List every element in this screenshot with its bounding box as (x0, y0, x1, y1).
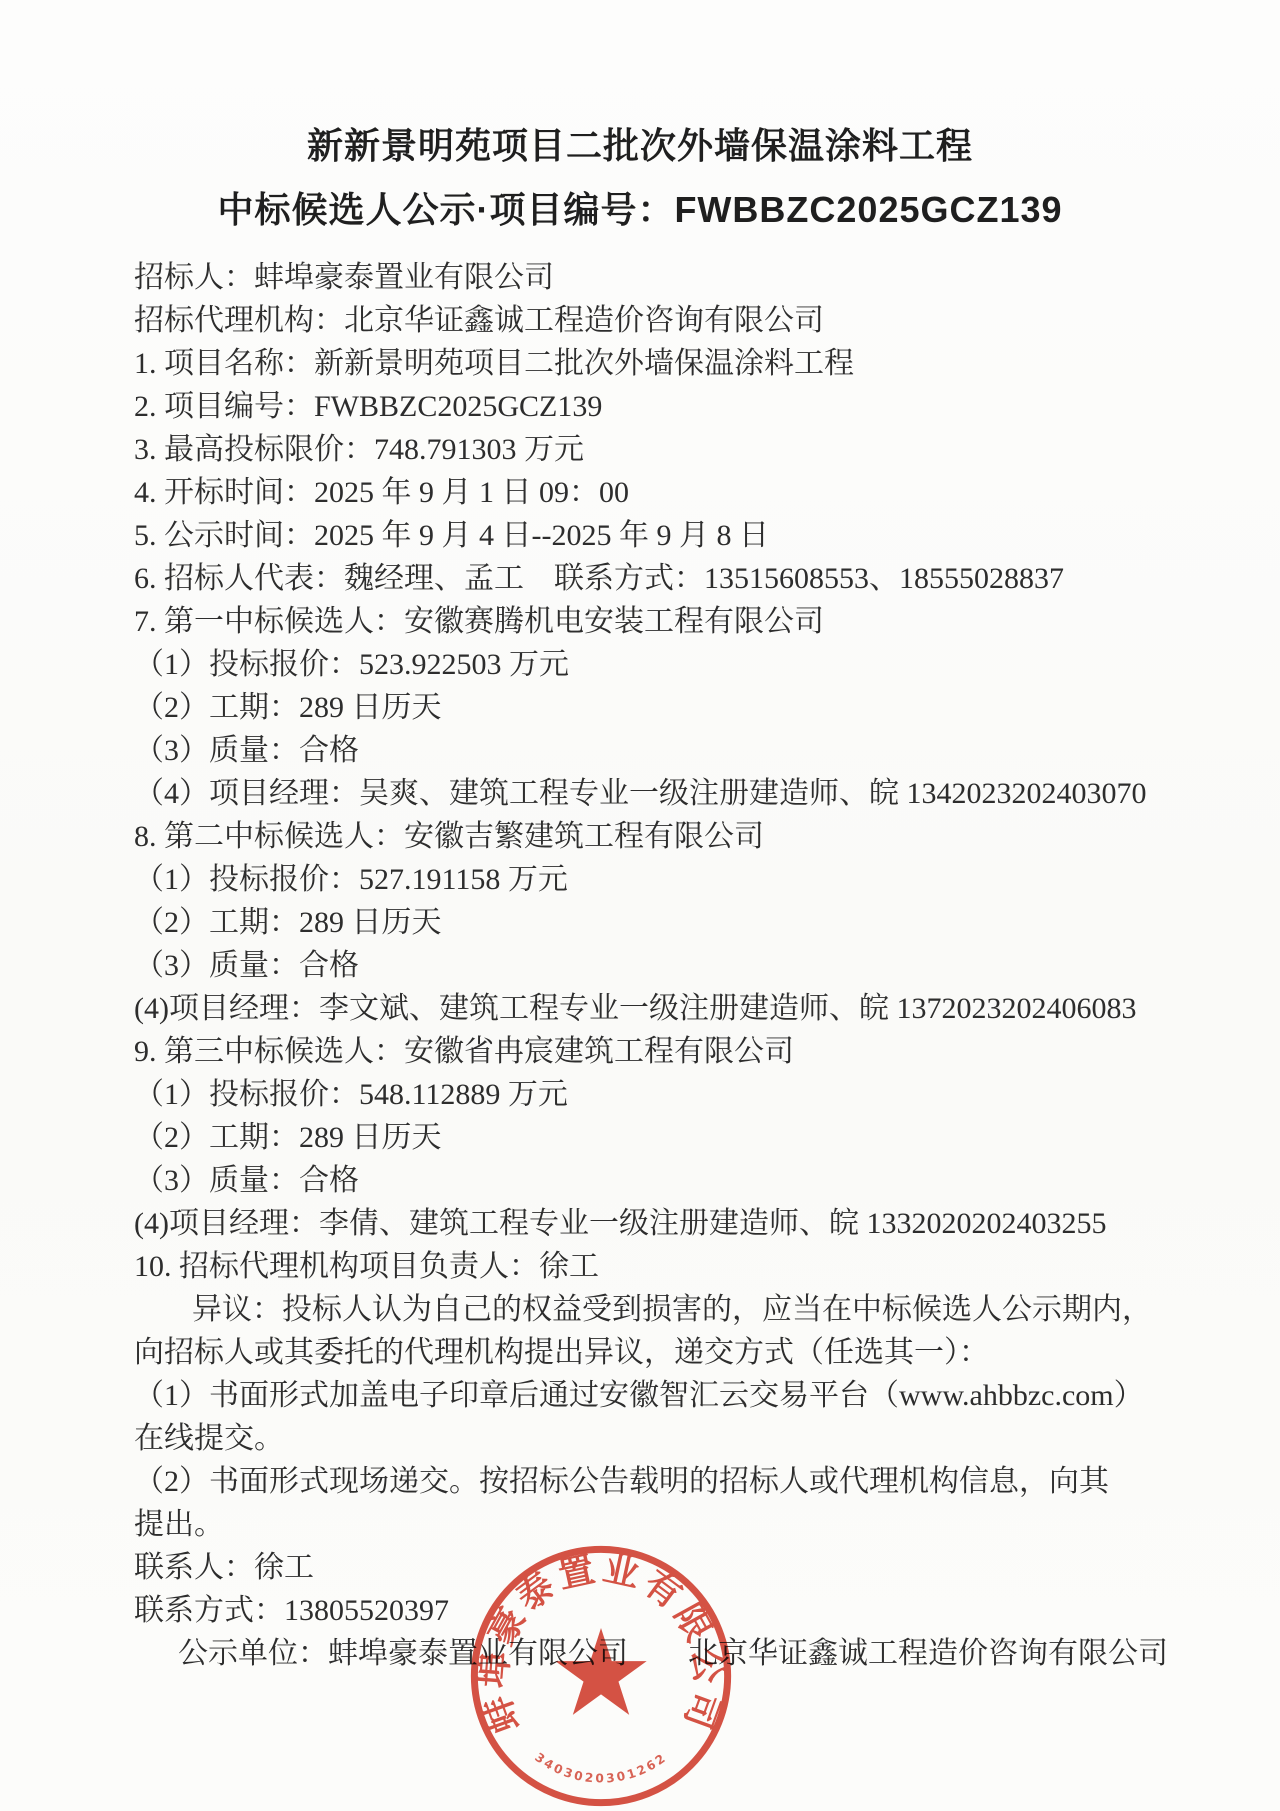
document-line: （3）质量：合格 (134, 1159, 1210, 1202)
document-line: 3. 最高投标限价：748.791303 万元 (134, 428, 1210, 471)
document-line: 8. 第二中标候选人：安徽吉繁建筑工程有限公司 (134, 815, 1210, 858)
document-header: 新新景明苑项目二批次外墙保温涂料工程 中标候选人公示·项目编号：FWBBZC20… (0, 0, 1280, 232)
document-line: 联系人：徐工 (134, 1546, 1210, 1589)
document-line: （4）项目经理：吴爽、建筑工程专业一级注册建造师、皖 1342023202403… (134, 772, 1210, 815)
document-line: （1）书面形式加盖电子印章后通过安徽智汇云交易平台（www.ahbbzc.com… (134, 1374, 1210, 1417)
document-line: 7. 第一中标候选人：安徽赛腾机电安装工程有限公司 (134, 600, 1210, 643)
document-line: (4)项目经理：李文斌、建筑工程专业一级注册建造师、皖 137202320240… (134, 987, 1210, 1030)
document-line: （1）投标报价：548.112889 万元 (134, 1073, 1210, 1116)
document-subtitle: 中标候选人公示·项目编号：FWBBZC2025GCZ139 (60, 188, 1220, 232)
document-line: 2. 项目编号：FWBBZC2025GCZ139 (134, 385, 1210, 428)
document-line: （3）质量：合格 (134, 944, 1210, 987)
document-line: 异议：投标人认为自己的权益受到损害的，应当在中标候选人公示期内， (134, 1288, 1210, 1331)
document-line: （2）工期：289 日历天 (134, 686, 1210, 729)
document-line: 提出。 (134, 1503, 1210, 1546)
document-line: 公示单位：蚌埠豪泰置业有限公司 北京华证鑫诚工程造价咨询有限公司 (134, 1632, 1210, 1675)
document-line: 10. 招标代理机构项目负责人：徐工 (134, 1245, 1210, 1288)
document-line: （1）投标报价：523.922503 万元 (134, 643, 1210, 686)
document-line: 1. 项目名称：新新景明苑项目二批次外墙保温涂料工程 (134, 342, 1210, 385)
document-line: （3）质量：合格 (134, 729, 1210, 772)
seal-serial-text: 3403020301262 (532, 1750, 670, 1785)
document-title: 新新景明苑项目二批次外墙保温涂料工程 (60, 124, 1220, 168)
document-line: 5. 公示时间：2025 年 9 月 4 日--2025 年 9 月 8 日 (134, 514, 1210, 557)
document-line: 招标代理机构：北京华证鑫诚工程造价咨询有限公司 (134, 299, 1210, 342)
document-line: 6. 招标人代表：魏经理、孟工 联系方式：13515608553、1855502… (134, 557, 1210, 600)
document-line: （2）工期：289 日历天 (134, 901, 1210, 944)
document-line: （2）书面形式现场递交。按招标公告载明的招标人或代理机构信息，向其 (134, 1460, 1210, 1503)
document-line: (4)项目经理：李倩、建筑工程专业一级注册建造师、皖 1332020202403… (134, 1202, 1210, 1245)
document-line: （2）工期：289 日历天 (134, 1116, 1210, 1159)
document-line: 9. 第三中标候选人：安徽省冉宸建筑工程有限公司 (134, 1030, 1210, 1073)
document-line: 招标人：蚌埠豪泰置业有限公司 (134, 256, 1210, 299)
document-line: 4. 开标时间：2025 年 9 月 1 日 09：00 (134, 471, 1210, 514)
document-line: 联系方式：13805520397 (134, 1589, 1210, 1632)
document-line: 向招标人或其委托的代理机构提出异议，递交方式（任选其一）： (134, 1331, 1210, 1374)
document-body: 招标人：蚌埠豪泰置业有限公司招标代理机构：北京华证鑫诚工程造价咨询有限公司1. … (0, 256, 1280, 1675)
document-line: 在线提交。 (134, 1417, 1210, 1460)
document-line: （1）投标报价：527.191158 万元 (134, 858, 1210, 901)
document-page: 新新景明苑项目二批次外墙保温涂料工程 中标候选人公示·项目编号：FWBBZC20… (0, 0, 1280, 1811)
